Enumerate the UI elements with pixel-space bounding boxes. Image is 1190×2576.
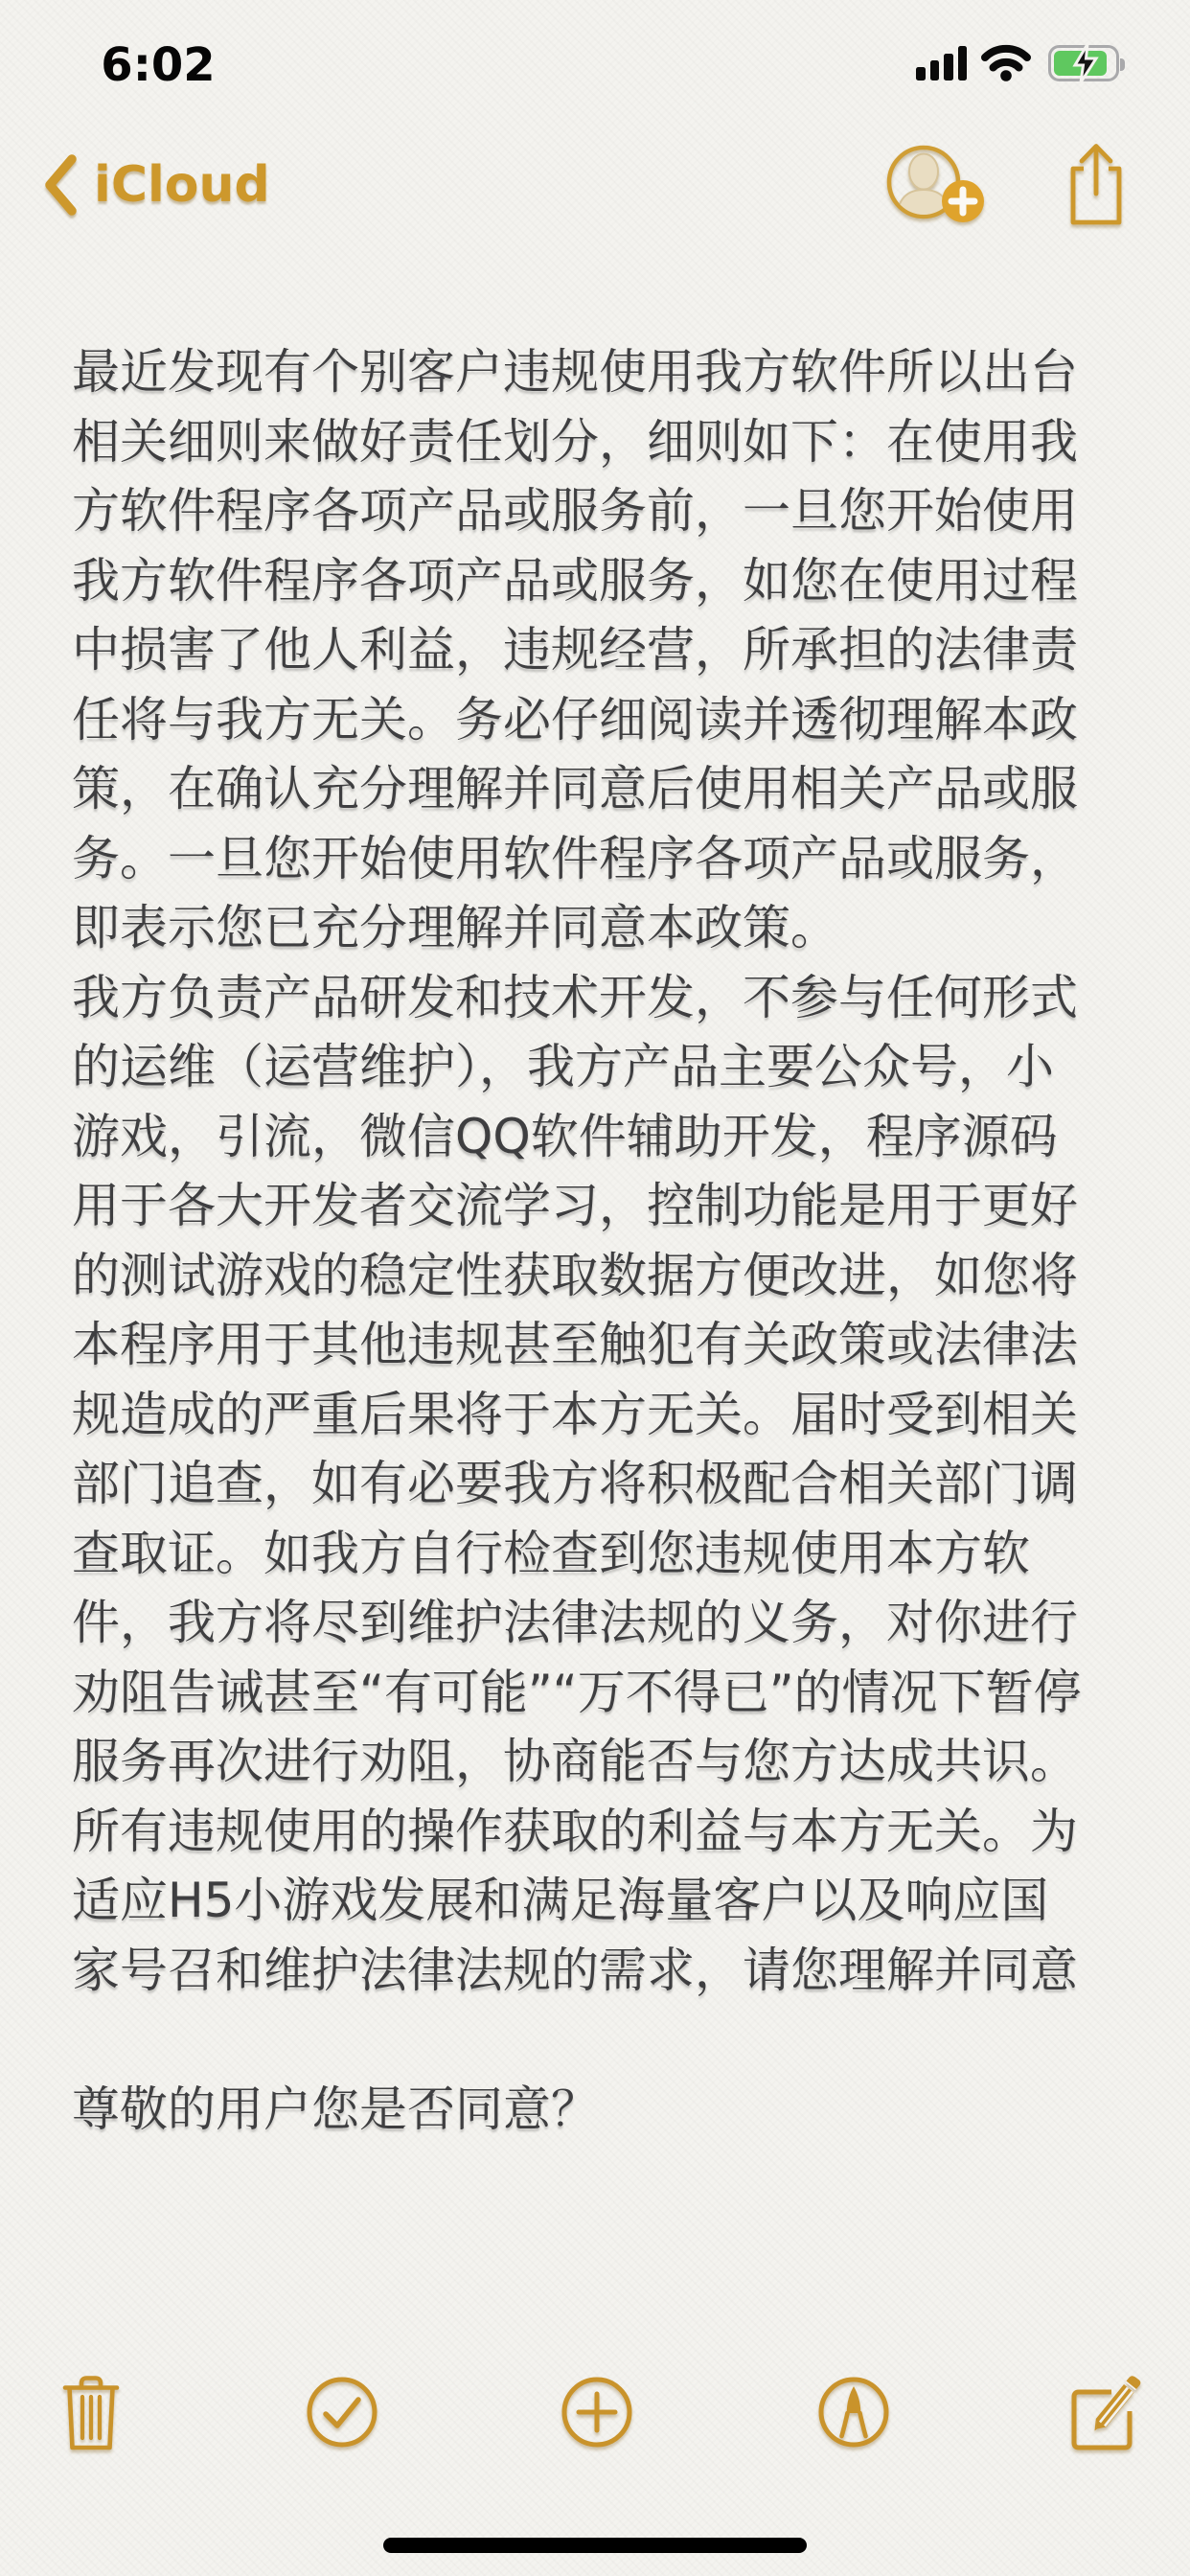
- note-text-line: 查取证。如我方自行检查到您违规使用本方软: [72, 1519, 1132, 1589]
- note-text-line: 务。一旦您开始使用软件程序各项产品或服务，: [72, 824, 1132, 894]
- note-text-line: 件，我方将尽到维护法律法规的义务，对你进行: [72, 1588, 1132, 1658]
- plus-circle-icon: [561, 2375, 633, 2449]
- note-text-line: 规造成的严重后果将于本方无关。届时受到相关: [72, 1380, 1132, 1450]
- cellular-signal-icon: [916, 45, 972, 80]
- note-text-line: 劝阻告诫甚至“有可能”“万不得已”的情况下暂停: [72, 1658, 1132, 1728]
- marker-circle-icon: [817, 2375, 890, 2449]
- battery-charging-icon: [1048, 45, 1119, 81]
- note-text-line: 相关细则来做好责任划分，细则如下：在使用我: [72, 407, 1132, 477]
- note-text-line: 我方软件程序各项产品或服务，如您在使用过程: [72, 546, 1132, 616]
- chevron-left-icon: [42, 153, 79, 217]
- note-text-line: 任将与我方无关。务必仔细阅读并透彻理解本政: [72, 685, 1132, 755]
- note-body[interactable]: 最近发现有个别客户违规使用我方软件所以出台相关细则来做好责任划分，细则如下：在使…: [72, 337, 1132, 2144]
- share-button[interactable]: [1062, 140, 1129, 232]
- note-text-line: 尊敬的用户您是否同意？: [72, 2075, 1132, 2145]
- status-time: 6:02: [96, 38, 220, 92]
- back-button[interactable]: iCloud: [42, 153, 270, 217]
- note-text-line: 适应H5小游戏发展和满足海量客户以及响应国: [72, 1866, 1132, 1936]
- wifi-icon: [981, 44, 1031, 85]
- note-text-line: 最近发现有个别客户违规使用我方软件所以出台: [72, 337, 1132, 407]
- checklist-button[interactable]: [306, 2375, 378, 2453]
- delete-button[interactable]: [61, 2373, 121, 2455]
- compose-icon: [1065, 2369, 1146, 2453]
- note-text-line: [72, 2005, 1132, 2075]
- home-indicator[interactable]: [383, 2538, 807, 2553]
- note-text-line: 服务再次进行劝阻，协商能否与您方达成共识。: [72, 1727, 1132, 1797]
- note-text-line: 所有违规使用的操作获取的利益与本方无关。为: [72, 1797, 1132, 1867]
- note-text-line: 家号召和维护法律法规的需求，请您理解并同意: [72, 1936, 1132, 2006]
- note-text-line: 用于各大开发者交流学习，控制功能是用于更好: [72, 1171, 1132, 1241]
- trash-icon: [61, 2373, 121, 2451]
- note-text-line: 本程序用于其他违规甚至触犯有关政策或法律法: [72, 1310, 1132, 1380]
- note-text-line: 的测试游戏的稳定性获取数据方便改进，如您将: [72, 1241, 1132, 1311]
- note-text-line: 的运维（运营维护），我方产品主要公众号，小: [72, 1032, 1132, 1102]
- battery-cap: [1120, 58, 1125, 71]
- note-text-line: 即表示您已充分理解并同意本政策。: [72, 893, 1132, 963]
- note-text-line: 中损害了他人利益，违规经营，所承担的法律责: [72, 615, 1132, 685]
- add-attachment-button[interactable]: [561, 2375, 633, 2453]
- note-text-line: 游戏，引流，微信QQ软件辅助开发，程序源码: [72, 1102, 1132, 1172]
- charging-bolt-icon: [1071, 42, 1100, 88]
- note-text-line: 策，在确认充分理解并同意后使用相关产品或服: [72, 754, 1132, 824]
- back-button-label: iCloud: [94, 156, 270, 214]
- notes-app-screen: 6:02 iCloud: [0, 0, 1190, 2576]
- add-people-button[interactable]: [885, 140, 987, 232]
- note-text-line: 我方负责产品研发和技术开发，不参与任何形式: [72, 963, 1132, 1033]
- markup-button[interactable]: [817, 2375, 890, 2453]
- note-text-line: 部门追查，如有必要我方将积极配合相关部门调: [72, 1449, 1132, 1519]
- compose-button[interactable]: [1065, 2369, 1146, 2457]
- person-add-icon: [885, 140, 987, 228]
- share-icon: [1062, 140, 1129, 228]
- note-text-line: 方软件程序各项产品或服务前，一旦您开始使用: [72, 476, 1132, 546]
- check-circle-icon: [306, 2375, 378, 2449]
